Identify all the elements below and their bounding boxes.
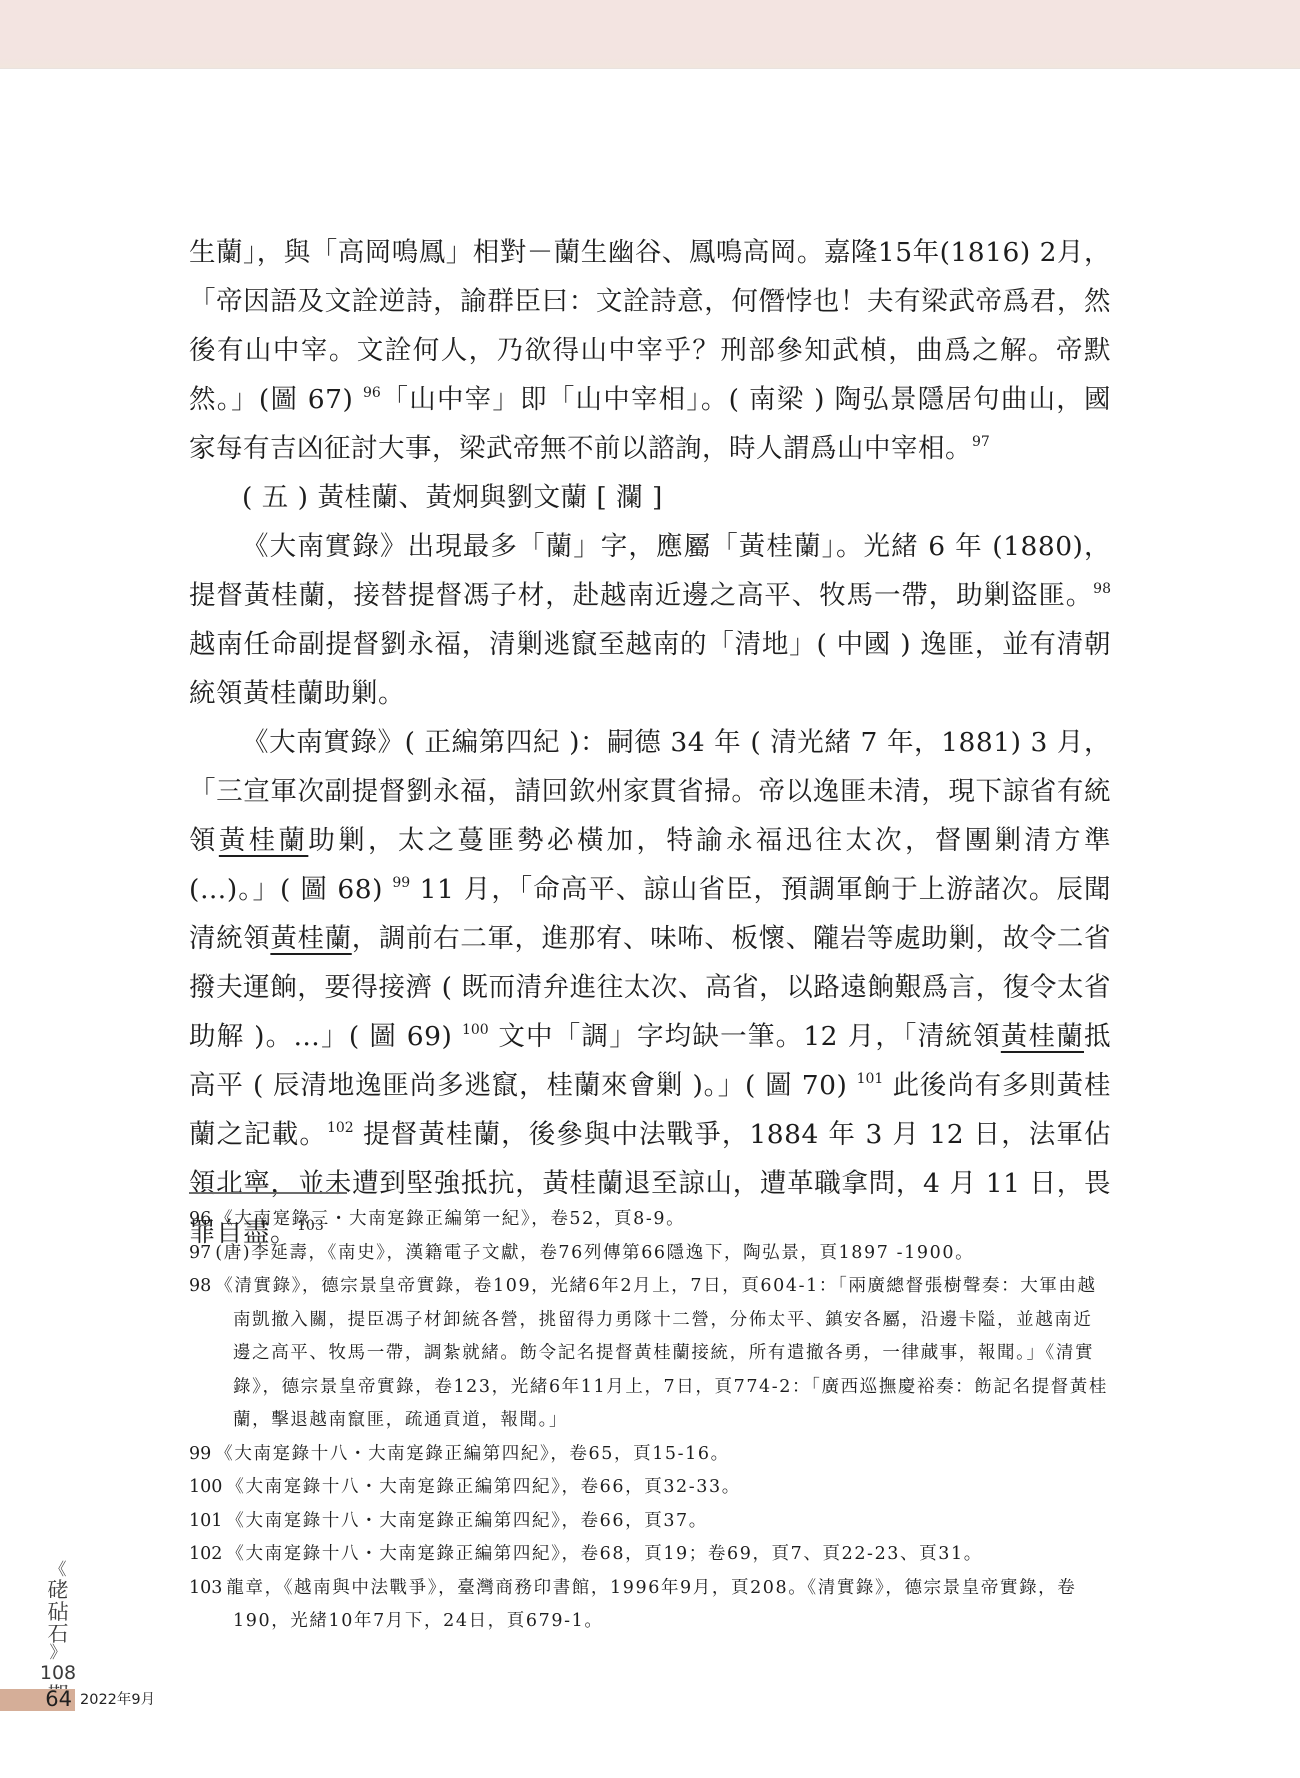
footnote-text: (唐)李延壽，《南史》，漢籍電子文獻，卷76列傳第66隱逸下，陶弘景，頁1897… bbox=[215, 1243, 974, 1263]
text-run: 越南任命副提督劉永福，清剿逃竄至越南的「清地」( 中國 ) 逸匪，並有清朝統領黃… bbox=[189, 629, 1111, 709]
paragraph: ( 五 ) 黃桂蘭、黃炯與劉文蘭 [ 瀾 ] bbox=[189, 473, 1111, 522]
footnote-number: 98 bbox=[189, 1276, 215, 1296]
footnote-item: 100《大南寔錄十八・大南寔錄正編第四紀》，卷66，頁32-33。 bbox=[189, 1471, 1111, 1505]
footnote-item: 96《大南寔錄三・大南寔錄正編第一紀》，卷52，頁8-9。 bbox=[189, 1203, 1111, 1237]
text-run: 文中「調」字均缺一筆。12 月，「清統領 bbox=[489, 1021, 1001, 1052]
underlined-name: 黃桂蘭 bbox=[219, 825, 309, 856]
title-char: 砧 bbox=[38, 1601, 78, 1623]
footnote-item: 98《清實錄》，德宗景皇帝實錄，卷109，光緒6年2月上，7日，頁604-1：「… bbox=[189, 1270, 1111, 1438]
footnote-ref: 97 bbox=[972, 434, 990, 450]
footnote-ref: 101 bbox=[857, 1071, 884, 1087]
title-open-bracket: 《 bbox=[38, 1562, 78, 1579]
footnote-number: 100 bbox=[189, 1477, 226, 1497]
issue-number: 108 bbox=[38, 1662, 78, 1684]
footnote-text: 《大南寔錄十八・大南寔錄正編第四紀》，卷66，頁37。 bbox=[226, 1511, 707, 1531]
footnote-text: 《清實錄》，德宗景皇帝實錄，卷109，光緒6年2月上，7日，頁604-1：「兩廣… bbox=[215, 1276, 1108, 1430]
text-run: ( 五 ) 黃桂蘭、黃炯與劉文蘭 [ 瀾 ] bbox=[242, 482, 663, 513]
footnote-ref: 96 bbox=[363, 385, 381, 401]
page-number: 64 bbox=[0, 1685, 72, 1713]
footnote-number: 102 bbox=[189, 1544, 226, 1564]
footnote-separator bbox=[189, 1192, 347, 1194]
footnote-ref: 98 bbox=[1093, 581, 1111, 597]
underlined-name: 黃桂蘭 bbox=[270, 923, 351, 954]
paragraph: 《大南實錄》( 正編第四紀 )：嗣德 34 年 ( 清光緒 7 年，1881) … bbox=[189, 718, 1111, 1257]
footnote-ref: 102 bbox=[327, 1120, 354, 1136]
footnote-number: 97 bbox=[189, 1243, 215, 1263]
footnote-text: 《大南寔錄十八・大南寔錄正編第四紀》，卷66，頁32-33。 bbox=[226, 1477, 740, 1497]
footnote-text: 《大南寔錄十八・大南寔錄正編第四紀》，卷65，頁15-16。 bbox=[215, 1444, 729, 1464]
footnote-number: 99 bbox=[189, 1444, 215, 1464]
title-close-bracket: 》 bbox=[38, 1645, 78, 1662]
paragraph: 《大南實錄》出現最多「蘭」字，應屬「黃桂蘭」。光緒 6 年 (1880)，提督黃… bbox=[189, 522, 1111, 718]
issue-date: 2022年9月 bbox=[80, 1689, 155, 1711]
footnote-number: 96 bbox=[189, 1209, 215, 1229]
footnote-ref: 100 bbox=[462, 1022, 489, 1038]
article-body: 生蘭」，與「高岡鳴鳳」相對－蘭生幽谷、鳳鳴高岡。嘉隆15年(1816) 2月，「… bbox=[189, 228, 1111, 1257]
paragraph: 生蘭」，與「高岡鳴鳳」相對－蘭生幽谷、鳳鳴高岡。嘉隆15年(1816) 2月，「… bbox=[189, 228, 1111, 473]
page-header-band bbox=[0, 0, 1300, 69]
footnote-ref: 99 bbox=[392, 875, 410, 891]
footnote-item: 103龍章，《越南與中法戰爭》，臺灣商務印書館，1996年9月，頁208。《清實… bbox=[189, 1572, 1111, 1639]
title-char: 硓 bbox=[38, 1579, 78, 1601]
footnote-number: 103 bbox=[189, 1578, 226, 1598]
footnote-number: 101 bbox=[189, 1511, 226, 1531]
footnote-text: 《大南寔錄三・大南寔錄正編第一紀》，卷52，頁8-9。 bbox=[215, 1209, 685, 1229]
footnote-text: 《大南寔錄十八・大南寔錄正編第四紀》，卷68，頁19；卷69，頁7、頁22-23… bbox=[226, 1544, 982, 1564]
footnotes: 96《大南寔錄三・大南寔錄正編第一紀》，卷52，頁8-9。97(唐)李延壽，《南… bbox=[189, 1203, 1111, 1639]
text-run: 《大南實錄》出現最多「蘭」字，應屬「黃桂蘭」。光緒 6 年 (1880)，提督黃… bbox=[189, 531, 1111, 611]
footnote-item: 97(唐)李延壽，《南史》，漢籍電子文獻，卷76列傳第66隱逸下，陶弘景，頁18… bbox=[189, 1237, 1111, 1271]
underlined-name: 黃桂蘭 bbox=[1001, 1021, 1084, 1052]
title-char: 石 bbox=[38, 1623, 78, 1645]
footnote-item: 102《大南寔錄十八・大南寔錄正編第四紀》，卷68，頁19；卷69，頁7、頁22… bbox=[189, 1538, 1111, 1572]
footnote-text: 龍章，《越南與中法戰爭》，臺灣商務印書館，1996年9月，頁208。《清實錄》，… bbox=[226, 1578, 1076, 1632]
footnote-item: 99《大南寔錄十八・大南寔錄正編第四紀》，卷65，頁15-16。 bbox=[189, 1438, 1111, 1472]
footnote-item: 101《大南寔錄十八・大南寔錄正編第四紀》，卷66，頁37。 bbox=[189, 1505, 1111, 1539]
